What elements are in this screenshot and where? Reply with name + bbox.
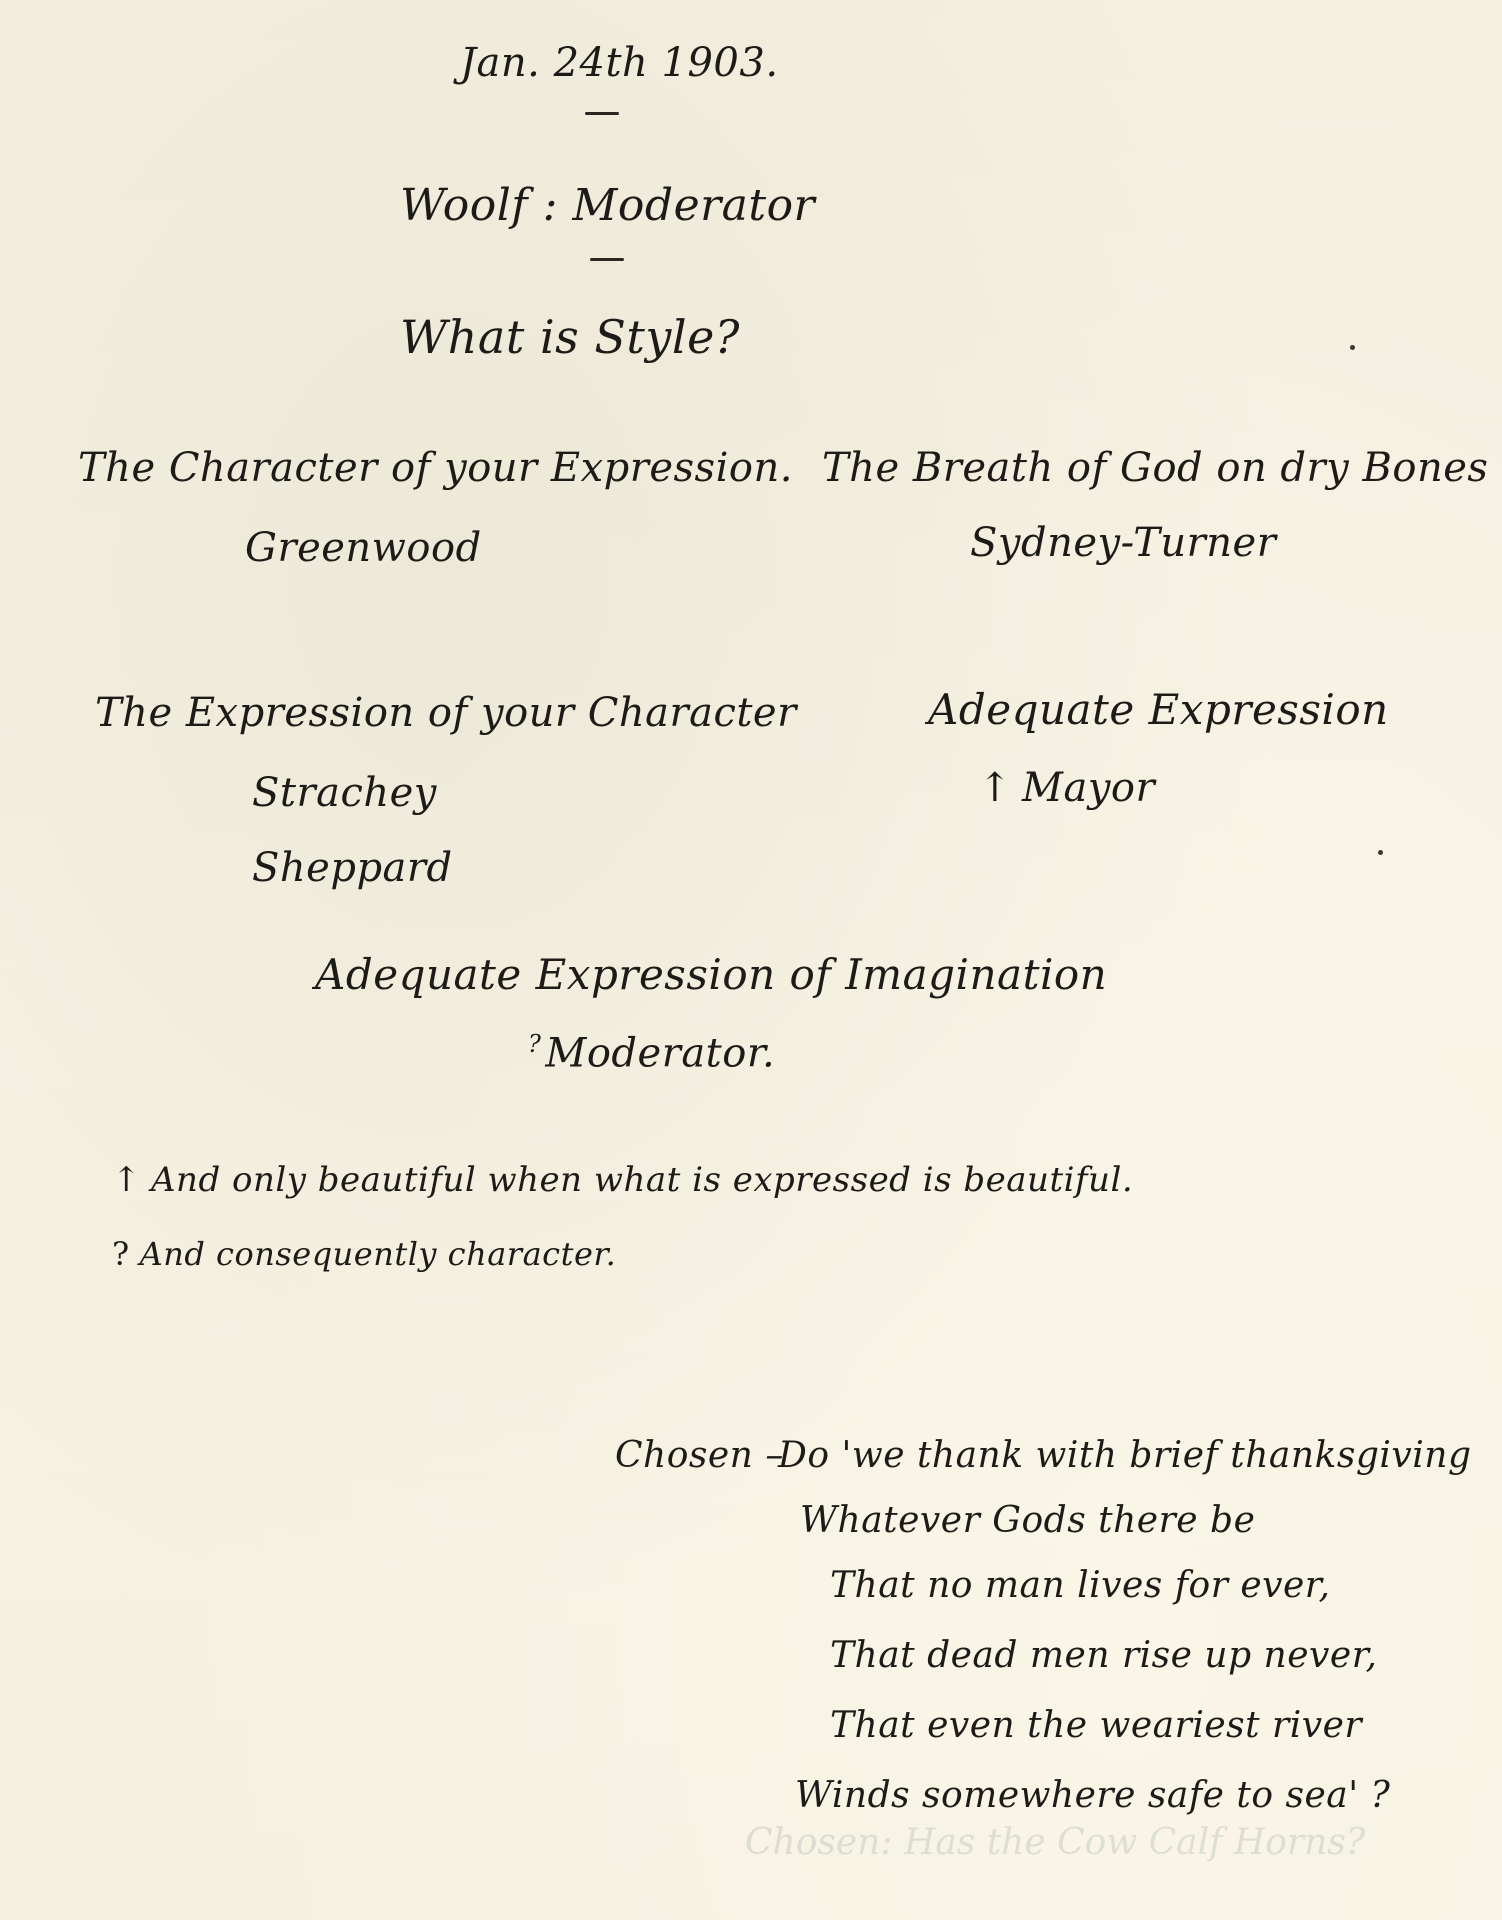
answer-name: Greenwood: [245, 525, 482, 571]
answer-name: Mayor: [1022, 765, 1155, 811]
date: Jan. 24th 1903.: [460, 40, 779, 86]
answer-name-row: ↑Mayor: [978, 765, 1155, 811]
manuscript-page: { "header": { "date": "Jan. 24th 1903.",…: [0, 0, 1502, 1920]
answer-definition: The Expression of your Character: [95, 690, 797, 736]
answer-definition: Adequate Expression of Imagination: [315, 950, 1107, 999]
divider: [590, 258, 624, 261]
divider: [585, 112, 619, 115]
poem-line: That even the weariest river: [830, 1705, 1362, 1746]
answer-name: Moderator.: [545, 1030, 775, 1076]
footnote-arrow-icon: ↑: [112, 1160, 141, 1200]
answer-name-row: ?Moderator.: [528, 1030, 775, 1076]
poem-line: Do 'we thank with brief thanksgiving: [778, 1435, 1472, 1476]
moderator-line: Woolf : Moderator: [400, 180, 815, 231]
answer-definition: Adequate Expression: [928, 685, 1389, 734]
ink-speck: [1378, 850, 1383, 855]
poem-line: Whatever Gods there be: [800, 1500, 1255, 1541]
poem-line: That no man lives for ever,: [830, 1565, 1330, 1606]
footnote-marker: ?: [528, 1030, 541, 1058]
answer-definition: The Character of your Expression.: [78, 445, 793, 491]
answer-name: Sheppard: [252, 845, 453, 891]
footnote-text: And only beautiful when what is expresse…: [151, 1160, 1133, 1200]
debate-question: What is Style?: [400, 310, 740, 364]
footnote-arrow-icon: ↑: [978, 765, 1012, 811]
ink-speck: [1350, 345, 1355, 350]
footnote-text: And consequently character.: [140, 1235, 617, 1273]
footnote-marker: ?: [112, 1235, 130, 1273]
answer-name: Strachey: [252, 770, 437, 816]
answer-name: Sydney-Turner: [970, 520, 1276, 566]
poem-line: Winds somewhere safe to sea' ?: [795, 1775, 1390, 1816]
bleed-through-text: Chosen: Has the Cow Calf Horns?: [745, 1822, 1365, 1863]
answer-definition: The Breath of God on dry Bones: [822, 445, 1488, 491]
footnote-row: ?And consequently character.: [112, 1235, 616, 1273]
poem-line: That dead men rise up never,: [830, 1635, 1377, 1676]
chosen-label: Chosen –: [615, 1435, 784, 1476]
footnote-row: ↑And only beautiful when what is express…: [112, 1160, 1133, 1200]
